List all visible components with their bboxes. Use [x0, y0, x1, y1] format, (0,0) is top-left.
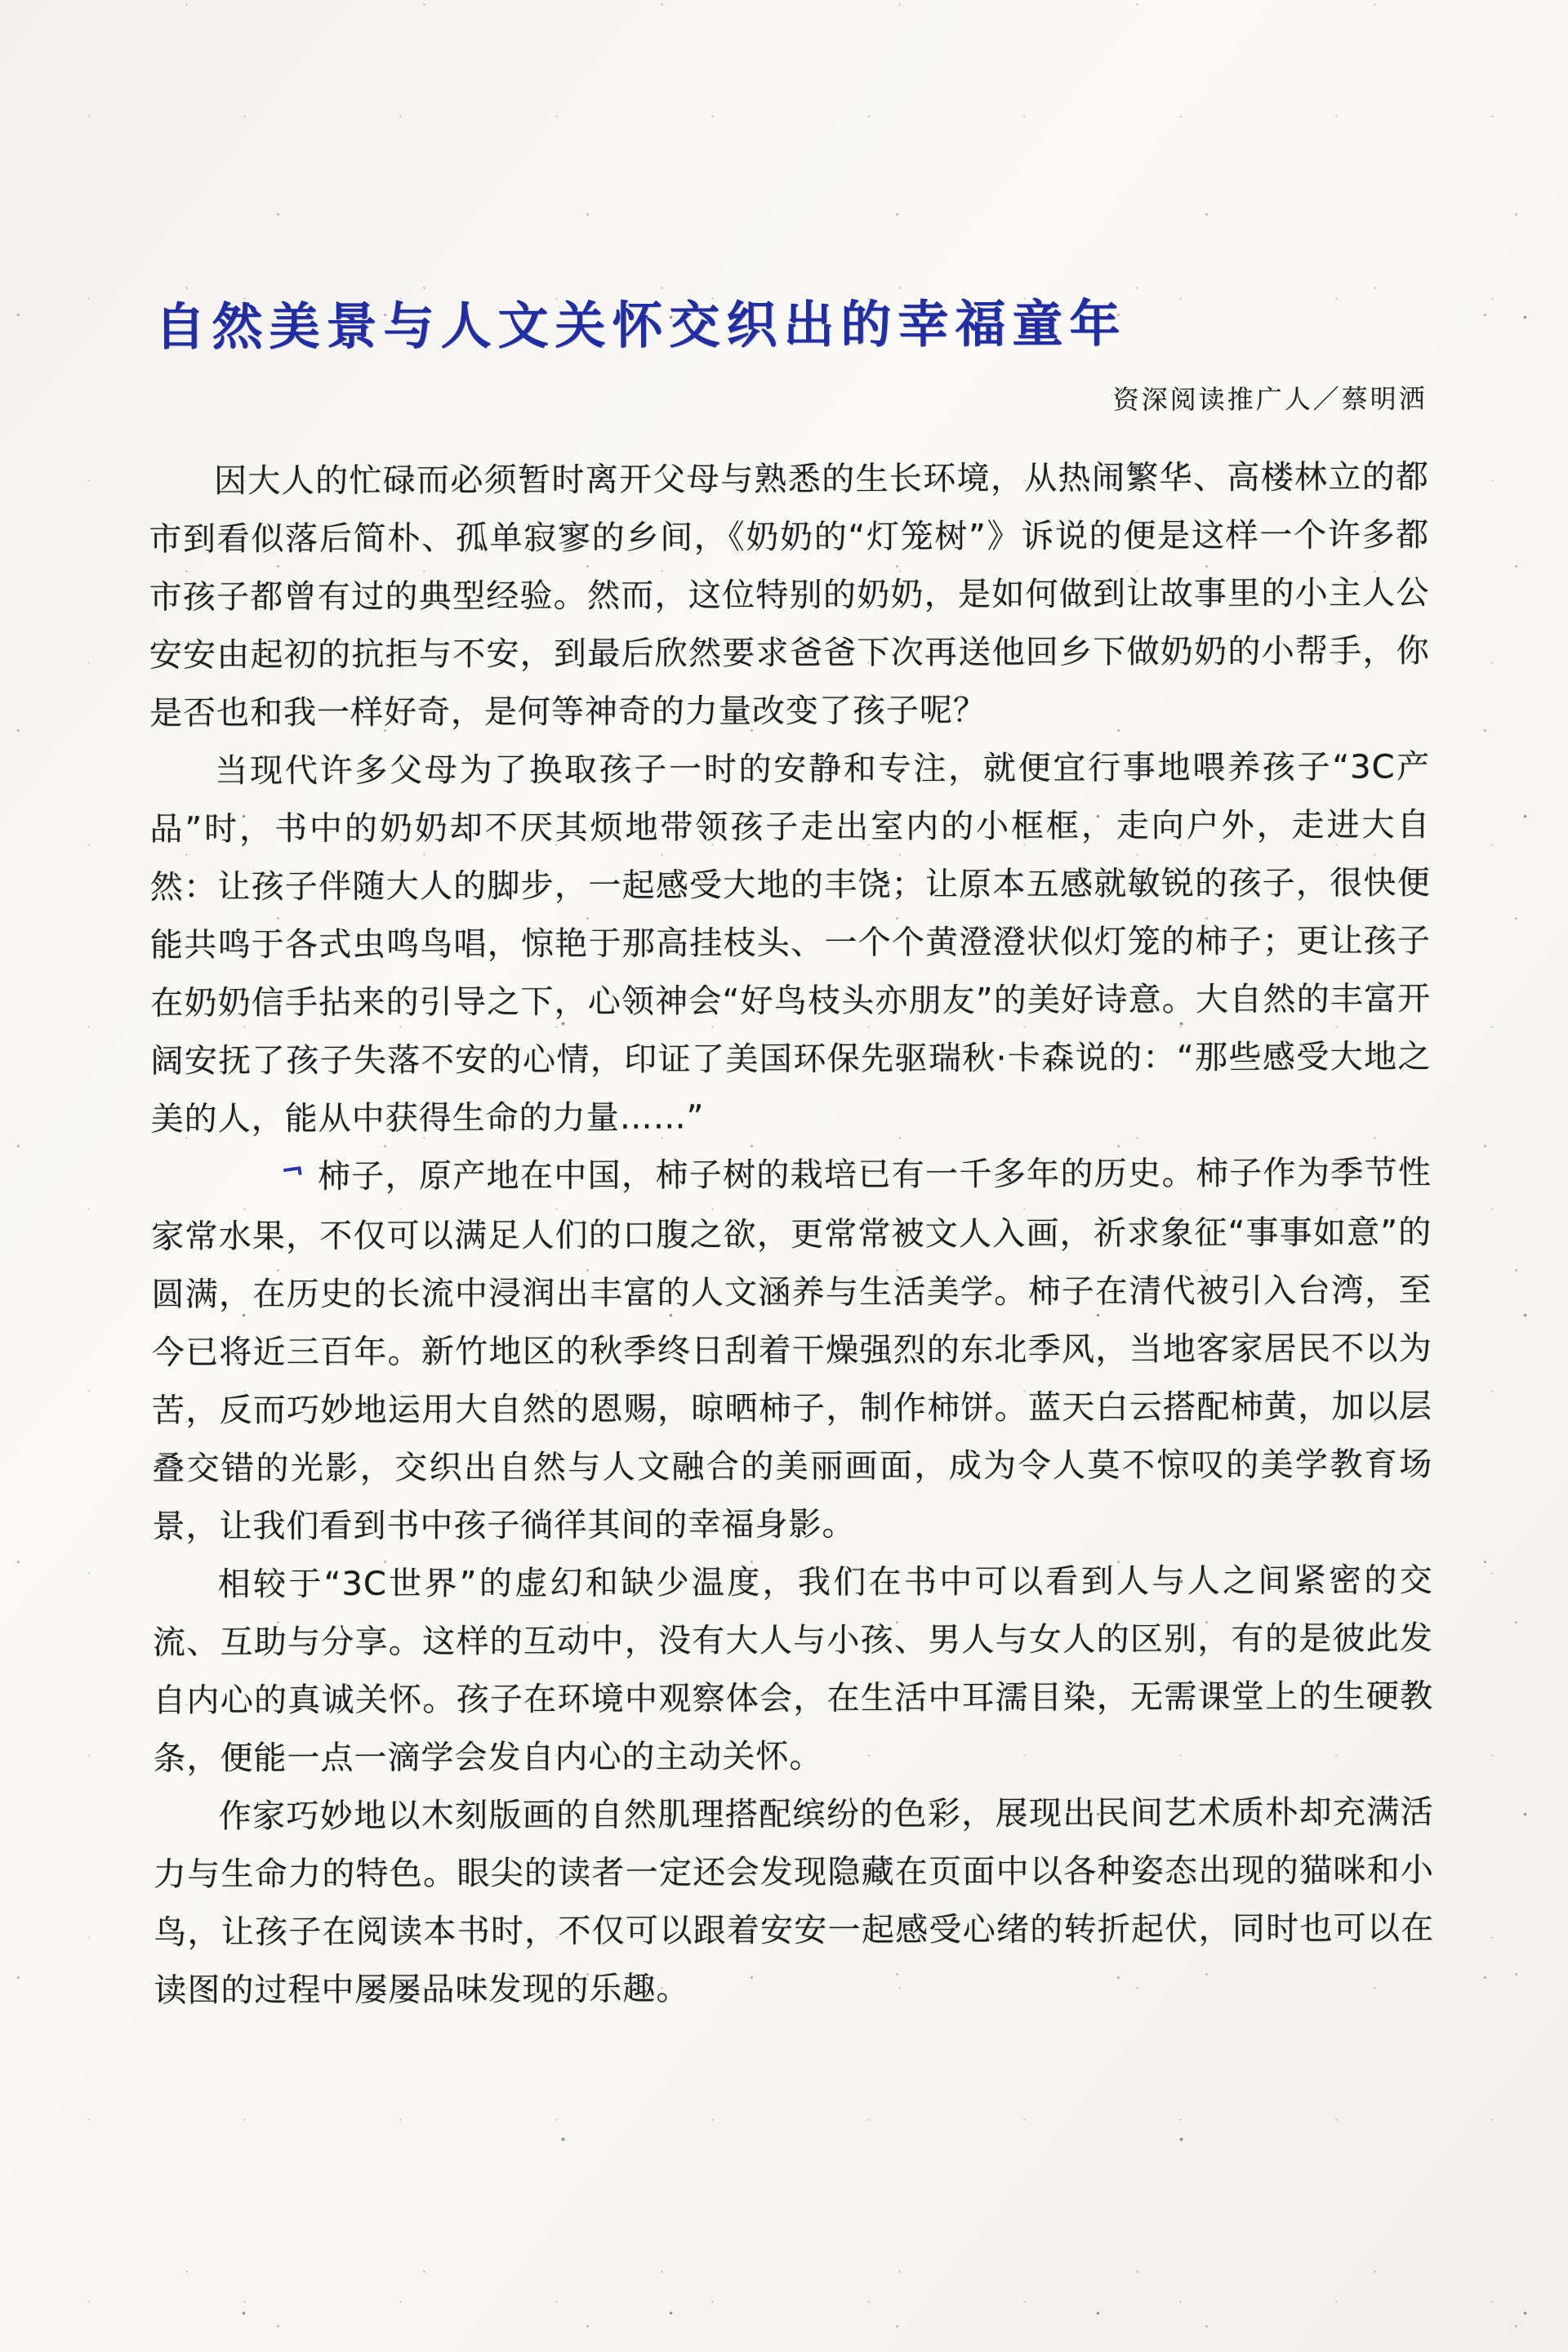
paragraph-5: 作家巧妙地以木刻版画的自然肌理搭配缤纷的色彩，展现出民间艺术质朴却充满活力与生命… — [154, 1784, 1435, 2020]
paragraph-2: 当现代许多父母为了换取孩子一时的安静和专注，就便宜行事地喂养孩子“3C产品”时，… — [149, 738, 1432, 1148]
author-byline: 资深阅读推广人／蔡明洒 — [149, 378, 1428, 420]
paragraph-3-text: 柿子，原产地在中国，柿子树的栽培已有一千多年的历史。柿子作为季节性家常水果，不仅… — [151, 1154, 1432, 1545]
page-content: 自然美景与人文关怀交织出的幸福童年 资深阅读推广人／蔡明洒 因大人的忙碌而必须暂… — [0, 0, 1568, 2352]
article-body: 因大人的忙碌而必须暂时离开父母与熟悉的生长环境，从热闹繁华、高楼林立的都市到看似… — [149, 448, 1435, 2020]
document-title: 自然美景与人文关怀交织出的幸福童年 — [154, 283, 1126, 359]
paragraph-1: 因大人的忙碌而必须暂时离开父母与熟悉的生长环境，从热闹繁华、高楼林立的都市到看似… — [149, 448, 1430, 742]
handwritten-ink-mark: ¬ — [212, 1141, 310, 1211]
scanned-document-page: 自然美景与人文关怀交织出的幸福童年 资深阅读推广人／蔡明洒 因大人的忙碌而必须暂… — [0, 0, 1568, 2352]
paragraph-3: ¬柿子，原产地在中国，柿子树的栽培已有一千多年的历史。柿子作为季节性家常水果，不… — [151, 1144, 1433, 1556]
paragraph-4: 相较于“3C世界”的虚幻和缺少温度，我们在书中可以看到人与人之间紧密的交流、互助… — [153, 1552, 1434, 1788]
